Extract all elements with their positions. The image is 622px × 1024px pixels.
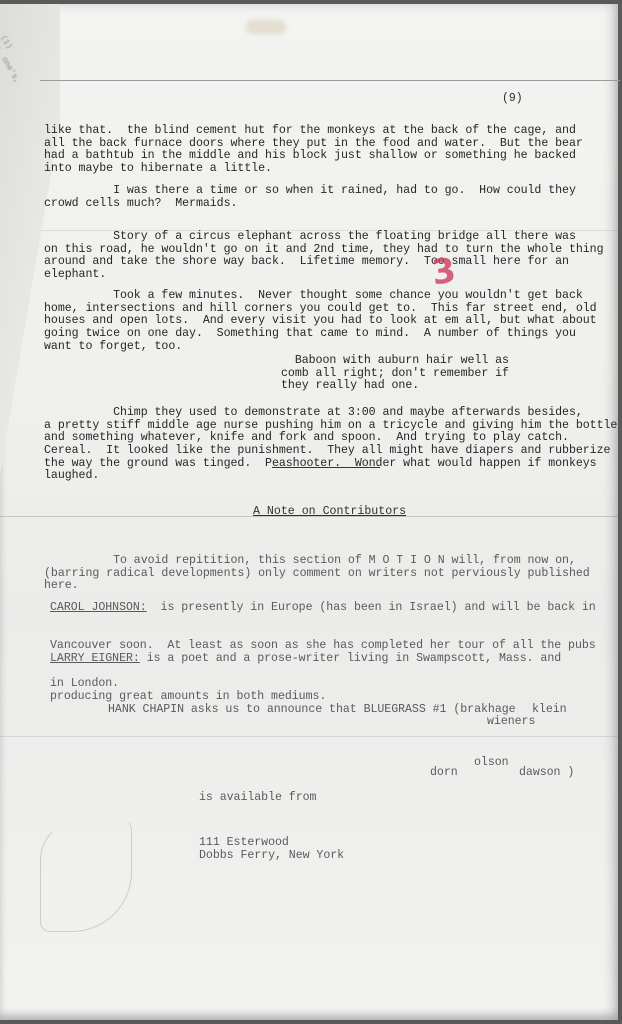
name-dorn: dorn (430, 767, 458, 780)
contributor-name: LARRY EIGNER: (50, 652, 140, 665)
story-paragraph-6: Chimp they used to demonstrate at 3:00 a… (44, 382, 617, 495)
announcement-line: HANK CHAPIN asks us to announce that BLU… (108, 704, 516, 717)
top-rule (40, 80, 620, 81)
name-klein: klein (532, 704, 567, 717)
fold-crease (0, 736, 618, 737)
section-divider (272, 467, 380, 468)
contributor-name: CAROL JOHNSON: (50, 601, 147, 614)
contributors-heading: A Note on Contributors (253, 505, 406, 518)
name-olson: olson (474, 757, 509, 770)
flap-text: (1) ly, one's, edly about, (0, 34, 26, 89)
availability-text: is available from (199, 792, 316, 805)
name-dawson: dawson ) (519, 767, 574, 780)
paper-stain (246, 20, 286, 34)
name-wieners: wieners (487, 716, 535, 729)
address: 111 EsterwoodDobbs Ferry, New York (199, 812, 344, 875)
